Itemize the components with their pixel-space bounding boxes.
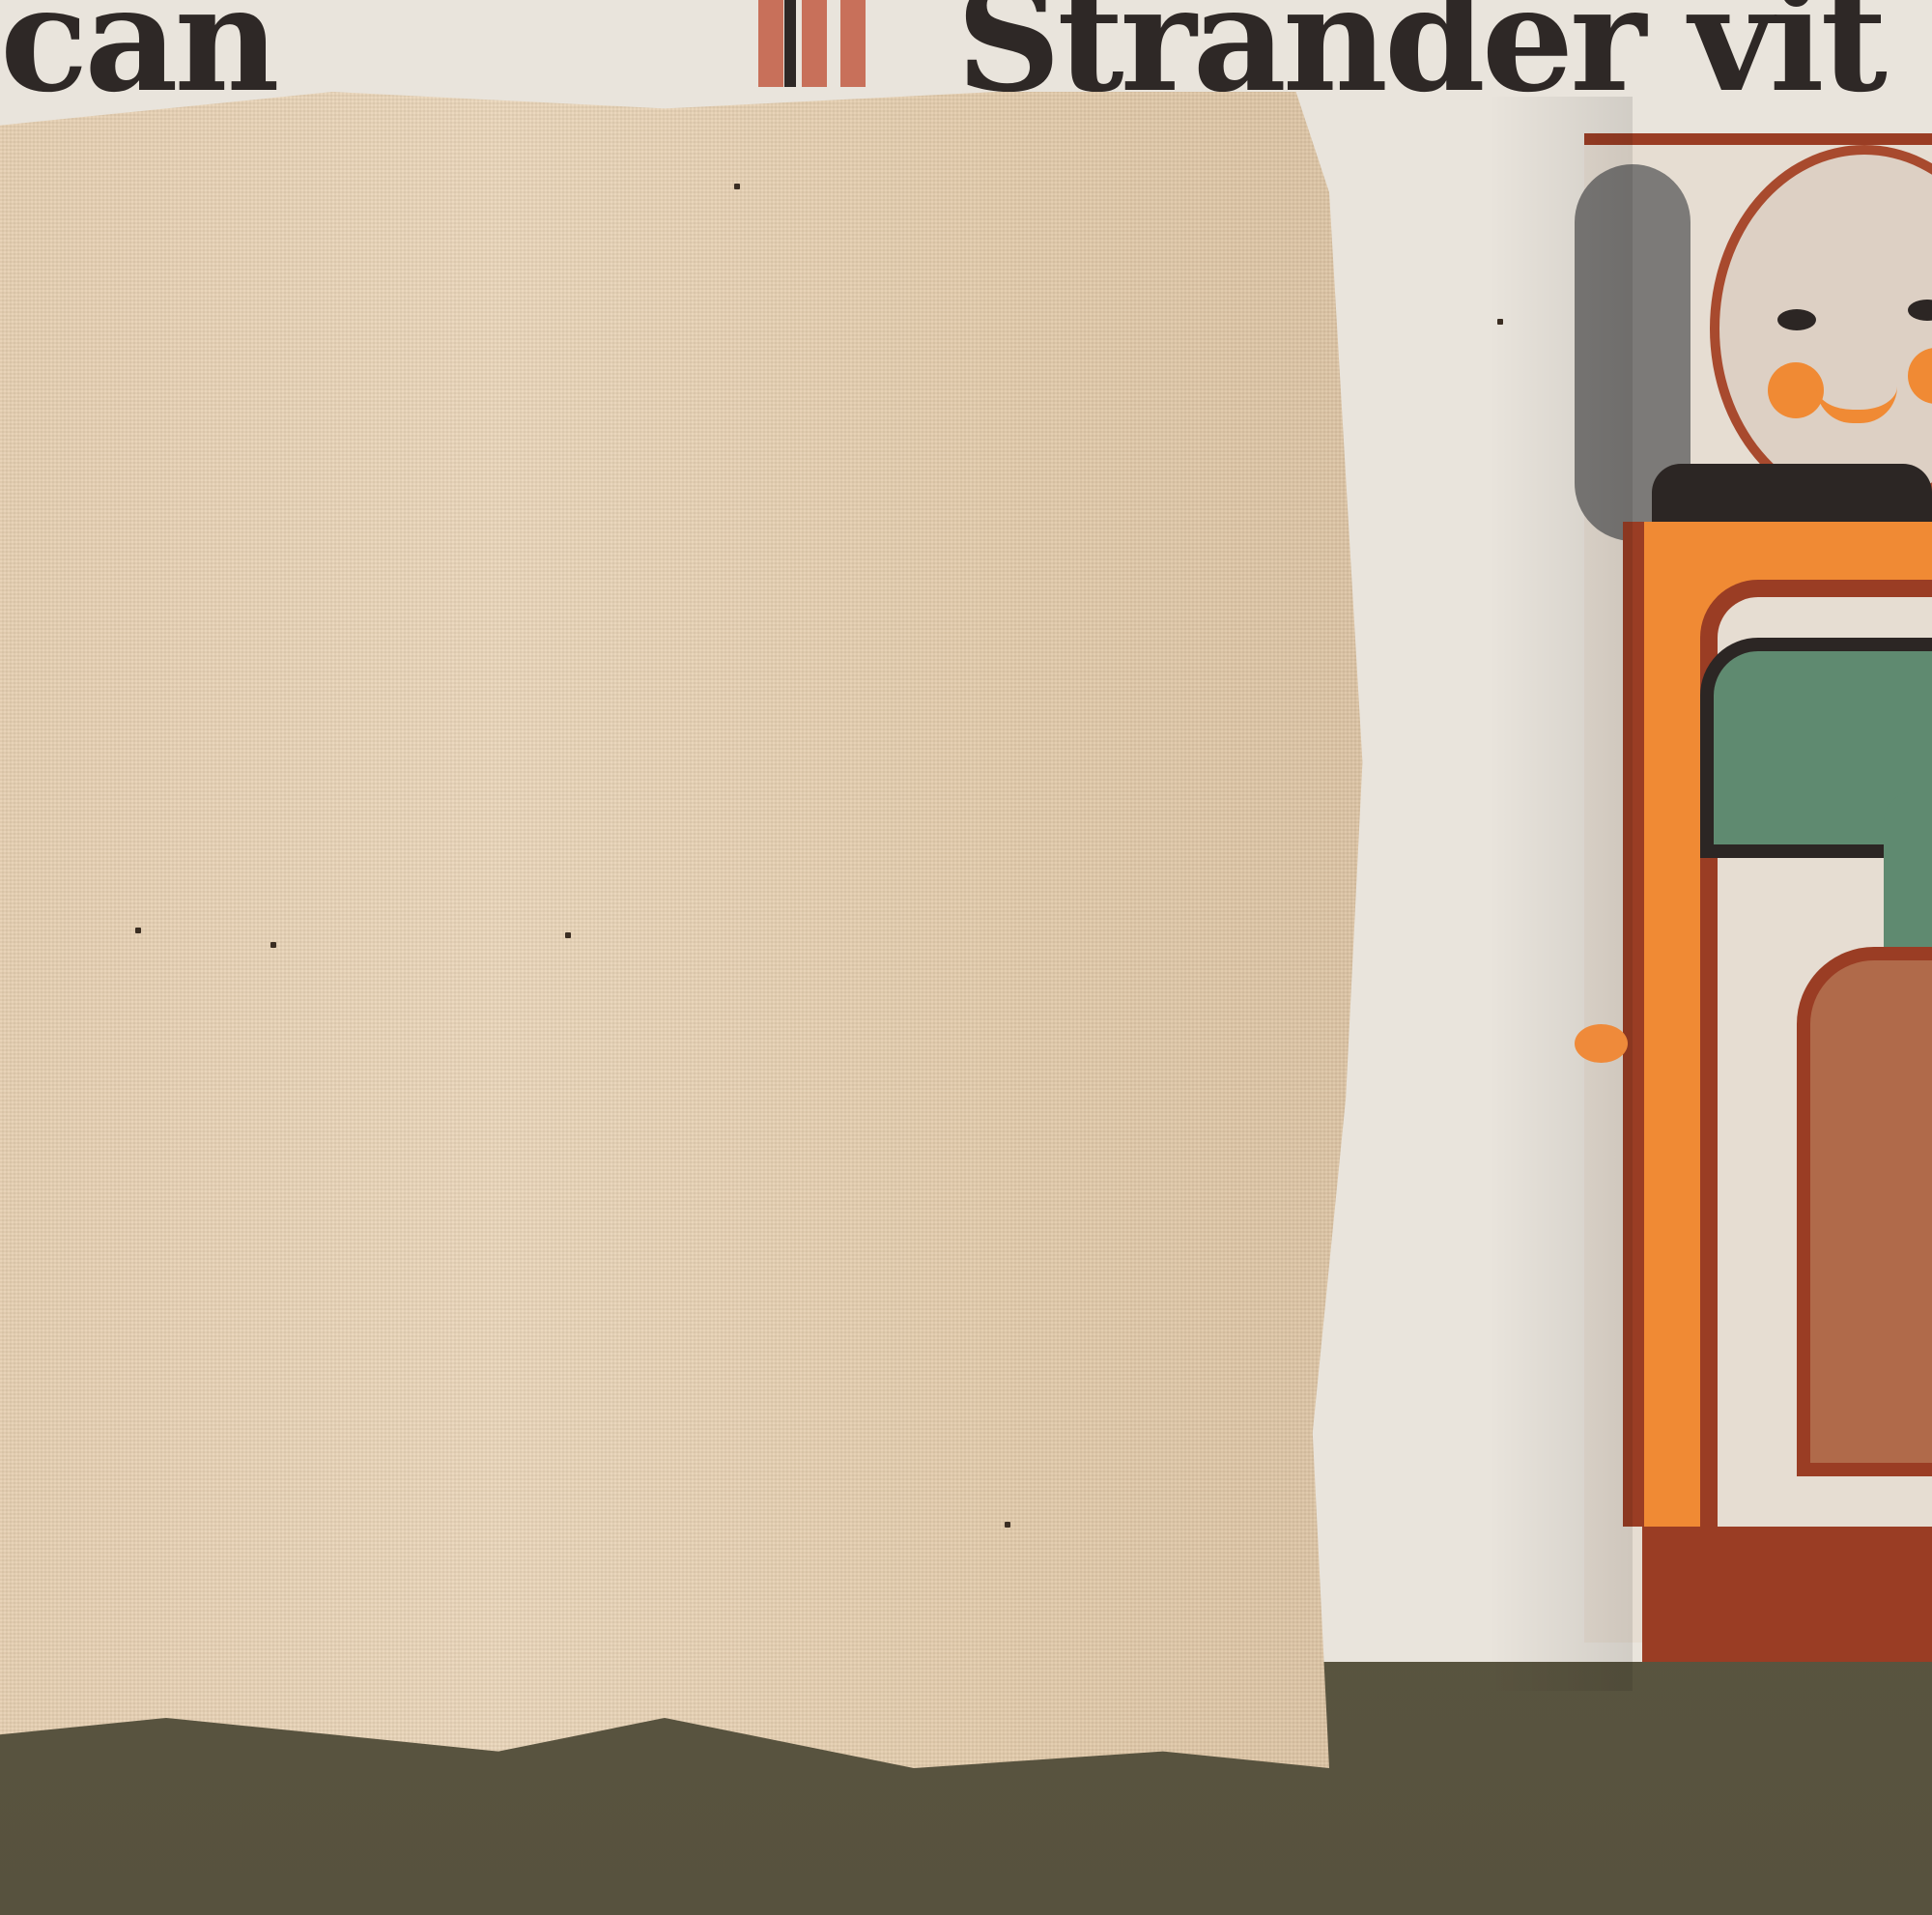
speck (1005, 1522, 1010, 1528)
speck (270, 942, 276, 948)
panel-border (1584, 133, 1932, 145)
inscription-left: can (0, 0, 276, 112)
brown-drapery (1797, 947, 1932, 1476)
cloth-fold-shadow (1488, 97, 1633, 1691)
robe-hem (1642, 1527, 1932, 1662)
cloth-hole (1575, 1024, 1628, 1063)
red-stripe (840, 0, 866, 87)
speck (734, 184, 740, 189)
red-stripe (758, 0, 783, 87)
speck (1497, 319, 1503, 325)
left-eye (1777, 309, 1816, 330)
red-stripe (802, 0, 827, 87)
speck (135, 928, 141, 933)
speck (565, 932, 571, 938)
black-stripe (784, 0, 796, 87)
